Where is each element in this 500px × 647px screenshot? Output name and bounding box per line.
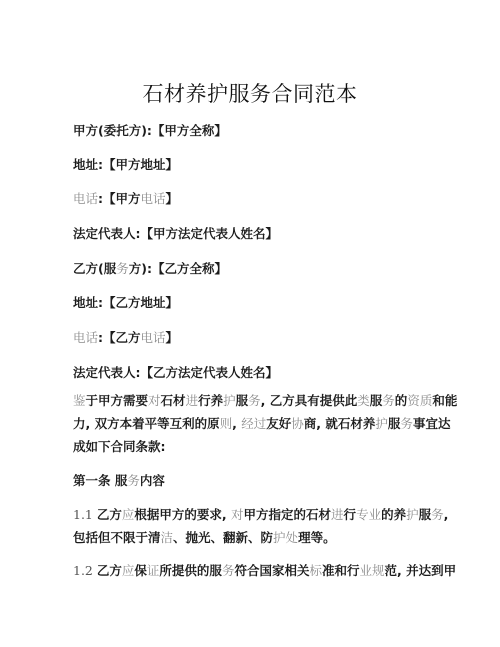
clause-1-2: 1.2 乙方应保证所提供的服务符合国家相关标准和行业规范, 并达到甲	[73, 559, 443, 582]
text-segment: 1.2	[73, 563, 97, 578]
text-segment: 商, 就石材养	[304, 416, 376, 431]
text-segment: 地址:【甲方地址】	[73, 157, 178, 172]
section-1-heading: 第一条 服务内容	[73, 473, 165, 489]
text-segment: 准和行	[322, 563, 360, 578]
text-segment: 友好	[266, 416, 291, 431]
text-segment: 地址:【乙方地址】	[73, 295, 178, 310]
text-segment: 和能	[432, 393, 457, 408]
text-segment: 第一条 服	[73, 473, 127, 488]
text-segment: 护	[375, 416, 388, 431]
text-segment: 】	[166, 330, 179, 345]
text-segment: 护处	[273, 530, 298, 545]
text-segment: 护	[223, 393, 236, 408]
text-segment: 电话	[141, 330, 166, 345]
text-segment: 协	[291, 416, 304, 431]
text-segment: 符合国家相关	[234, 563, 309, 578]
text-segment: 范, 并达到甲	[385, 563, 457, 578]
text-segment: 服	[370, 393, 383, 408]
party-a-name-line: 甲方(委托方):【甲方全称】	[73, 123, 227, 139]
text-segment: 包括但不限于清	[73, 530, 161, 545]
text-segment: 专业	[356, 507, 381, 522]
text-segment: 对	[148, 393, 161, 408]
text-segment: 法定代表人:【甲方法定代表人姓名】	[73, 226, 278, 241]
text-segment: 的	[395, 393, 408, 408]
text-segment: 应	[122, 507, 135, 522]
text-segment: 洁	[161, 530, 174, 545]
text-segment: 乙方	[97, 563, 122, 578]
text-segment: 务	[382, 393, 395, 408]
text-segment: 应	[122, 563, 135, 578]
text-segment: 行	[344, 507, 357, 522]
text-segment: 于甲方需要	[86, 393, 149, 408]
text-segment: 甲方(委托方):【甲方全称】	[73, 123, 227, 138]
text-segment: 务	[248, 393, 261, 408]
text-segment: 根据甲方的要求,	[134, 507, 231, 522]
text-segment: 保	[134, 563, 147, 578]
text-segment: 电话	[73, 191, 98, 206]
text-segment: 甲方指定的石材	[244, 507, 332, 522]
text-segment: 务	[127, 473, 140, 488]
text-line: 包括但不限于清洁、抛光、翻新、防护处理等。	[73, 526, 443, 549]
text-segment: 类	[357, 393, 370, 408]
party-b-representative-line: 法定代表人:【乙方法定代表人姓名】	[73, 365, 278, 381]
text-segment: 务	[222, 563, 235, 578]
clause-1-1: 1.1 乙方应根据甲方的要求, 对甲方指定的石材进行专业的养护服务,包括但不限于…	[73, 503, 443, 549]
text-segment: 电话	[141, 191, 166, 206]
text-segment: 护	[406, 507, 419, 522]
text-segment: 理等。	[298, 530, 336, 545]
text-segment: 则	[220, 416, 233, 431]
text-segment: 1.1	[73, 507, 97, 522]
text-segment: 、抛光、翻新、防	[173, 530, 273, 545]
text-segment: 经过	[241, 416, 266, 431]
text-segment: 】	[166, 191, 179, 206]
text-segment: 方):【乙方全称】	[129, 261, 227, 276]
text-segment: 行养	[198, 393, 223, 408]
text-line: 1.2 乙方应保证所提供的服务符合国家相关标准和行业规范, 并达到甲	[73, 559, 443, 582]
text-segment: 对	[231, 507, 244, 522]
text-segment: 力, 双方本着平等互利的原	[73, 416, 220, 431]
text-segment: 法定代表人:【乙方法定代表人姓名】	[73, 365, 278, 380]
text-segment: 进	[186, 393, 199, 408]
text-line: 1.1 乙方应根据甲方的要求, 对甲方指定的石材进行专业的养护服务,	[73, 503, 443, 526]
text-segment: 资质	[407, 393, 432, 408]
text-segment: 鉴	[73, 393, 86, 408]
text-segment: 乙方	[97, 507, 122, 522]
text-line: 成如下合同条款:	[73, 435, 443, 458]
document-page: 石材养护服务合同范本 甲方(委托方):【甲方全称】 地址:【甲方地址】 电话:【…	[0, 0, 500, 647]
text-segment: , 乙方具有提供此	[261, 393, 358, 408]
preamble-paragraph: 鉴于甲方需要对石材进行养护服务, 乙方具有提供此类服务的资质和能力, 双方本着平…	[73, 389, 443, 458]
text-segment: 务	[116, 261, 129, 276]
text-segment: 务	[400, 416, 413, 431]
text-line: 力, 双方本着平等互利的原则, 经过友好协商, 就石材养护服务事宜达	[73, 412, 443, 435]
party-b-phone-line: 电话:【乙方电话】	[73, 330, 178, 346]
text-segment: 内容	[140, 473, 165, 488]
text-segment: 标	[309, 563, 322, 578]
text-segment: 的养	[381, 507, 406, 522]
party-b-name-line: 乙方(服务方):【乙方全称】	[73, 261, 227, 277]
text-segment: 进	[331, 507, 344, 522]
text-segment: ,	[444, 507, 449, 522]
text-segment: 事宜达	[413, 416, 451, 431]
text-segment: 业规	[360, 563, 385, 578]
text-segment: :【乙方	[98, 330, 141, 345]
text-segment: :【甲方	[98, 191, 141, 206]
party-a-representative-line: 法定代表人:【甲方法定代表人姓名】	[73, 226, 278, 242]
text-line: 鉴于甲方需要对石材进行养护服务, 乙方具有提供此类服务的资质和能	[73, 389, 443, 412]
text-segment: 务	[431, 507, 444, 522]
document-title: 石材养护服务合同范本	[0, 78, 500, 108]
text-segment: ,	[232, 416, 241, 431]
text-segment: 服	[388, 416, 401, 431]
text-segment: 成如下合同条款:	[73, 439, 166, 454]
text-segment: 乙方(服	[73, 261, 116, 276]
party-a-phone-line: 电话:【甲方电话】	[73, 191, 178, 207]
party-b-address-line: 地址:【乙方地址】	[73, 295, 178, 311]
text-segment: 所提供的服	[159, 563, 222, 578]
text-segment: 电话	[73, 330, 98, 345]
party-a-address-line: 地址:【甲方地址】	[73, 157, 178, 173]
text-segment: 证	[147, 563, 160, 578]
text-segment: 石材	[161, 393, 186, 408]
text-segment: 服	[236, 393, 249, 408]
text-segment: 服	[419, 507, 432, 522]
